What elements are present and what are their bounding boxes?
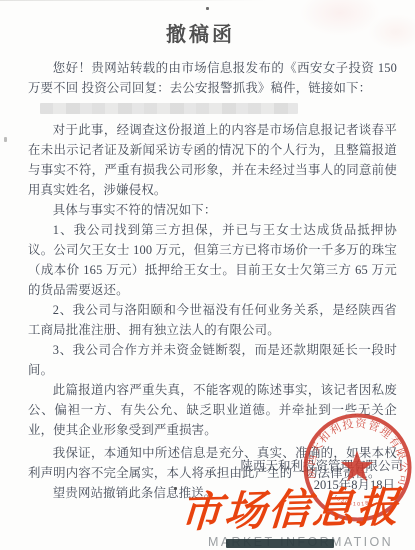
retraction-letter-document: 撤稿函 您好！贵网站转载的由市场信息报发布的《西安女子投资 150 万要不回 投… — [0, 0, 415, 550]
paragraph-incident: 对于此事，经调查这份报道上的内容是市场信息报记者谈春平在未出示记者证及新闻采访专… — [28, 120, 397, 200]
scan-speck — [206, 7, 209, 10]
letter-body: 您好！贵网站转载的由市场信息报发布的《西安女子投资 150 万要不回 投资公司回… — [28, 58, 397, 503]
scan-speck — [174, 487, 177, 490]
paragraph-critique: 此篇报道内容严重失真，不能客观的陈述事实，该记者因私废公、偏袒一方、有失公允、缺… — [28, 380, 397, 440]
watermark-english-label: MARKET INFORMATION — [208, 535, 400, 549]
scan-edge-line — [0, 0, 268, 1]
redacted-link-bar — [40, 103, 298, 114]
paragraph-point-2: 2、我公司与洛阳颐和今世福没有任何业务关系，是经陕西省工商局批准注册、拥有独立法… — [28, 300, 397, 340]
paragraph-point-1: 1、我公司找到第三方担保，并已与王女士达成货品抵押协议。公司欠王女士 100 万… — [28, 220, 397, 300]
greeting-paragraph: 您好！贵网站转载的由市场信息报发布的《西安女子投资 150 万要不回 投资公司回… — [28, 58, 397, 98]
document-title: 撤稿函 — [0, 18, 401, 47]
watermark-redaction-bar — [226, 539, 334, 548]
signature-date: 2015年8月18日 — [240, 476, 403, 495]
signature-block: 陕西天和利投资管理有限公司 2015年8月18日 — [240, 457, 403, 495]
paragraph-list-intro: 具体与事实不符的情况如下： — [28, 200, 397, 220]
scan-speck — [4, 137, 7, 142]
signature-company: 陕西天和利投资管理有限公司 — [240, 457, 403, 476]
paragraph-point-3: 3、我公司合作方并未资金链断裂，而是还款期限延长一段时间。 — [28, 340, 397, 380]
